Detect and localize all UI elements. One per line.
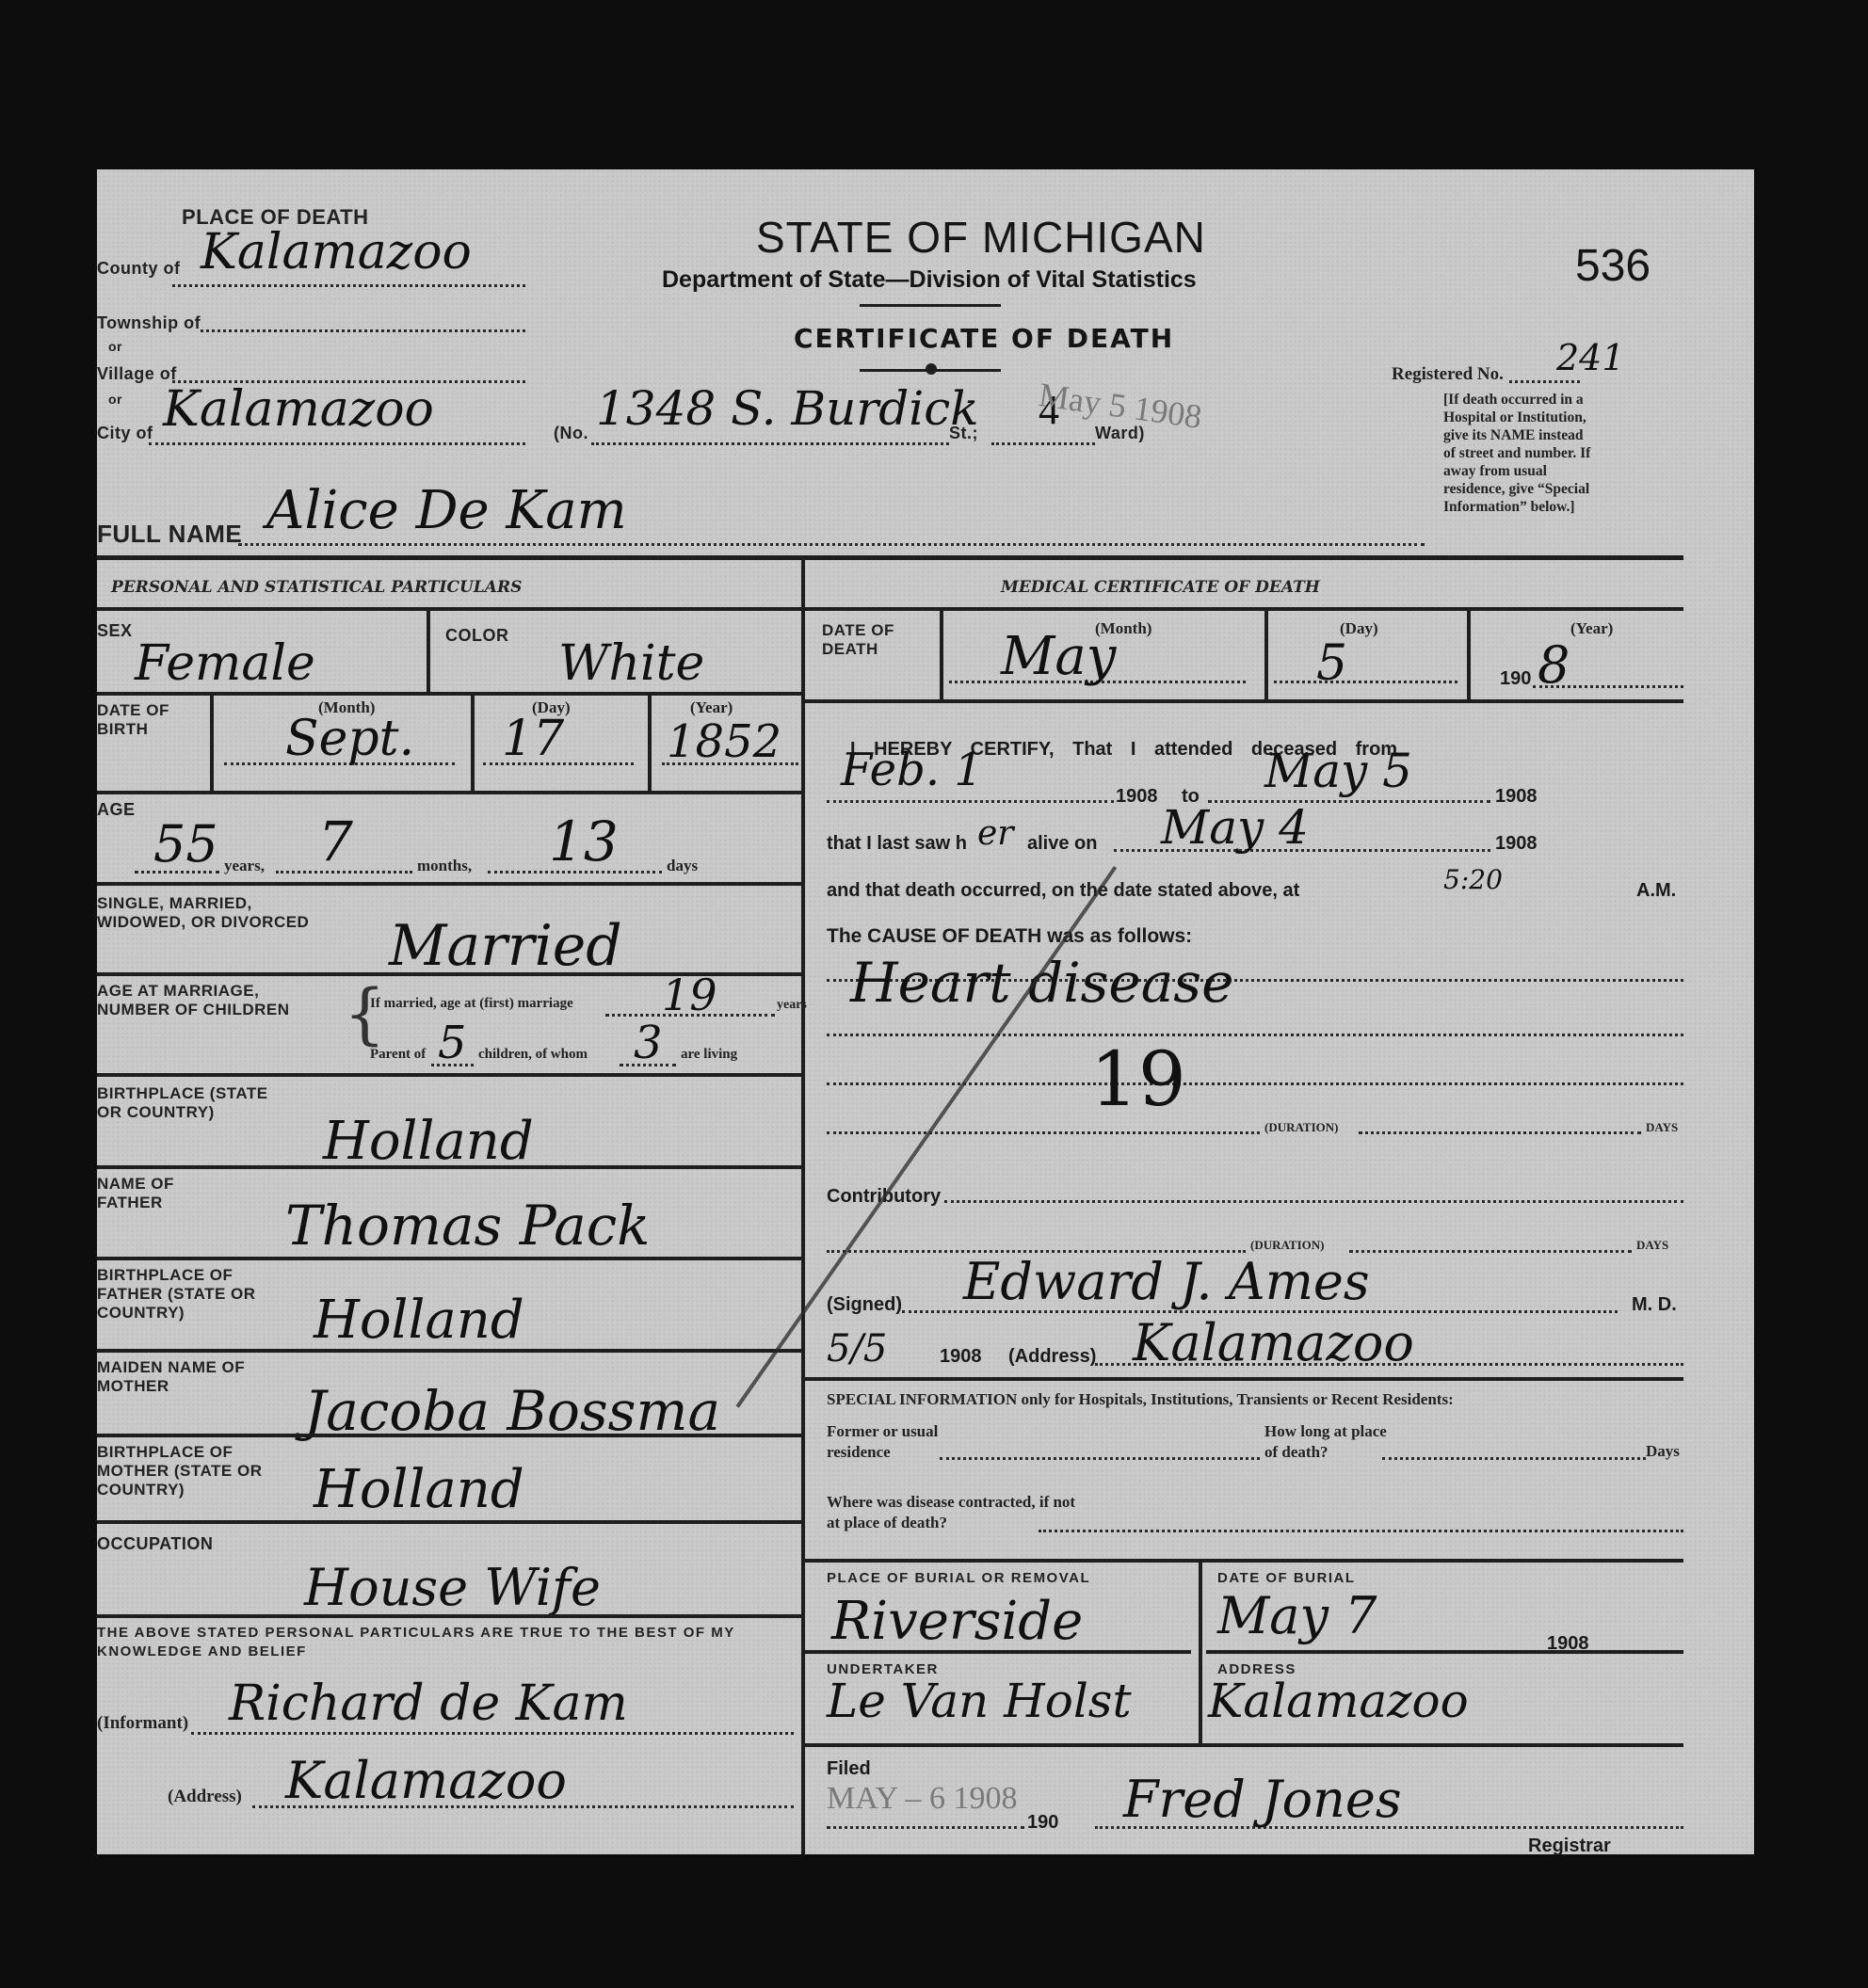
undertaker-address-value: Kalamazoo (1208, 1674, 1469, 1728)
how-long-days-label: Days (1646, 1442, 1680, 1461)
informant-value: Richard de Kam (229, 1675, 628, 1732)
dod-day-line (1274, 681, 1457, 683)
age-years: 55 (153, 814, 218, 874)
duration-label-1: (DURATION) (1264, 1120, 1338, 1135)
rule (97, 791, 801, 794)
father-name-label: NAME OF FATHER (97, 1175, 219, 1212)
registrar-signature: Fred Jones (1123, 1770, 1402, 1829)
page-number: 536 (1575, 240, 1651, 292)
informant-address-value: Kalamazoo (285, 1751, 567, 1810)
duration-line-1 (827, 1131, 1260, 1134)
cause-line-2 (827, 1034, 1683, 1036)
personal-section-title: PERSONAL AND STATISTICAL PARTICULARS (111, 578, 522, 597)
dod-year-prefix: 190 (1500, 668, 1531, 690)
rule (805, 699, 1683, 703)
rule (97, 1349, 801, 1353)
death-certificate: PLACE OF DEATH County of Kalamazoo Towns… (97, 169, 1754, 1854)
informant-label: (Informant) (97, 1713, 188, 1734)
ward-line (991, 442, 1095, 445)
last-saw-pronoun: er (977, 814, 1014, 853)
rule (805, 1743, 1683, 1747)
occupation-label: OCCUPATION (97, 1534, 213, 1554)
medical-section-title: MEDICAL CERTIFICATE OF DEATH (1001, 578, 1320, 597)
informant-address-label: (Address) (168, 1787, 242, 1807)
former-residence-line (940, 1457, 1260, 1460)
mother-maiden-label: MAIDEN NAME OF MOTHER (97, 1358, 257, 1396)
registered-no-value: 241 (1556, 337, 1625, 378)
last-saw-date: May 4 (1161, 800, 1309, 855)
registered-no-line (1509, 380, 1580, 383)
father-name-value: Thomas Pack (285, 1194, 650, 1258)
burial-date-label: DATE OF BURIAL (1217, 1570, 1356, 1586)
or-label-1: or (108, 339, 122, 354)
rule (97, 882, 801, 886)
rule (805, 607, 1683, 611)
street-line (591, 442, 949, 445)
county-line (172, 284, 525, 287)
attended-to-value: May 5 (1264, 744, 1412, 798)
dod-year-digit: 8 (1538, 635, 1570, 695)
center-divider (801, 555, 805, 1854)
dob-year-label: (Year) (690, 698, 733, 717)
first-marriage-unit: years (777, 998, 807, 1013)
or-label-2: or (108, 392, 122, 407)
city-value: Kalamazoo (163, 381, 434, 438)
days-label: days (667, 857, 698, 875)
first-marriage-text: If married, age at (first) marriage (370, 996, 573, 1012)
rule (97, 1073, 801, 1077)
father-birthplace-label: BIRTHPLACE OF FATHER (State or country) (97, 1266, 285, 1323)
how-long-line (1382, 1457, 1646, 1460)
divider (471, 692, 475, 791)
rule (805, 1377, 1683, 1381)
md-label: M. D. (1632, 1294, 1677, 1316)
attended-from-value: Feb. 1 (841, 744, 983, 796)
rule (97, 1614, 801, 1618)
dod-year-label: (Year) (1570, 619, 1613, 638)
rule (805, 1650, 1191, 1654)
filed-line (827, 1826, 1024, 1829)
color-label: COLOR (445, 626, 509, 646)
rule (97, 1434, 801, 1437)
attended-from-year: 1908 (1116, 786, 1158, 808)
state-title: STATE OF MICHIGAN (756, 212, 1206, 263)
dod-month-value: May (1001, 626, 1116, 687)
dod-label: DATE OF DEATH (822, 621, 907, 659)
divider (210, 692, 214, 791)
divider (648, 692, 652, 791)
marital-value: Married (389, 913, 622, 979)
rule (97, 692, 801, 696)
rule (97, 1520, 801, 1524)
dob-month-value: Sept. (285, 711, 414, 767)
burial-place-label: PLACE OF BURIAL OR REMOVAL (827, 1570, 1090, 1586)
divider (427, 607, 430, 692)
township-label: Township of (97, 313, 201, 333)
marital-label: SINGLE, MARRIED, WIDOWED, OR DIVORCED (97, 894, 314, 932)
county-value: Kalamazoo (201, 224, 472, 281)
duration-line-2b (1349, 1250, 1632, 1253)
duration-label-2: (DURATION) (1250, 1238, 1324, 1253)
dob-day-value: 17 (502, 711, 564, 767)
header-rule (97, 555, 1683, 560)
filed-year-prefix: 190 (1027, 1812, 1058, 1834)
special-info-title: SPECIAL INFORMATION only for Hospitals, … (827, 1390, 1454, 1409)
children-of-whom: children, of whom (478, 1047, 588, 1063)
duration-days-label-2: DAYS (1636, 1238, 1668, 1253)
mother-birthplace-value: Holland (314, 1459, 524, 1520)
dob-label: DATE OF BIRTH (97, 701, 201, 739)
certificate-title: CERTIFICATE OF DEATH (794, 323, 1174, 354)
divider (940, 607, 943, 699)
sex-label: SEX (97, 621, 133, 641)
age-label: AGE (97, 800, 136, 820)
birthplace-value: Holland (323, 1111, 534, 1172)
where-contracted-line (1039, 1530, 1683, 1532)
duration-days-label-1: DAYS (1646, 1120, 1678, 1135)
months-label: months, (417, 857, 472, 875)
occurred-text: and that death occurred, on the date sta… (827, 880, 1299, 902)
street-no-label: (No. (554, 424, 588, 443)
signed-label: (Signed) (827, 1294, 902, 1316)
signed-year: 1908 (940, 1346, 982, 1368)
years-label: years, (224, 857, 265, 875)
full-name-line (238, 543, 1425, 546)
contributory-line (944, 1200, 1683, 1203)
rule (1206, 1650, 1683, 1654)
color-value: White (558, 635, 704, 692)
brace: { (344, 981, 386, 1047)
how-long-label: How long at place of death? (1264, 1421, 1396, 1463)
father-birthplace-value: Holland (314, 1290, 524, 1351)
attended-from-line (827, 800, 1114, 803)
divider (1467, 607, 1471, 699)
signed-value: Edward J. Ames (963, 1252, 1370, 1311)
former-residence-label: Former or usual residence (827, 1421, 940, 1463)
rule (97, 607, 801, 611)
ampm-label: A.M. (1636, 880, 1676, 902)
last-saw-year: 1908 (1495, 833, 1538, 855)
time-value: 5:20 (1443, 864, 1503, 895)
full-name-value: Alice De Kam (266, 480, 627, 541)
where-contracted-label: Where was disease contracted, if not at … (827, 1492, 1081, 1533)
hospital-note: [If death occurred in a Hospital or Inst… (1443, 391, 1599, 516)
children-count: 5 (438, 1017, 467, 1069)
cause-line-3 (827, 1082, 1683, 1085)
last-saw-text: that I last saw h (827, 833, 967, 855)
sex-value: Female (135, 635, 315, 692)
duration-line-1b (1359, 1131, 1641, 1134)
divider (1199, 1559, 1202, 1747)
title-rule-top (860, 304, 1001, 307)
attestation-text: THE ABOVE STATED PERSONAL PARTICULARS AR… (97, 1624, 794, 1661)
title-ornament (926, 363, 937, 375)
first-marriage-age: 19 (662, 970, 717, 1020)
burial-date-value: May 7 (1217, 1586, 1377, 1645)
county-label: County of (97, 259, 180, 279)
dob-year-value: 1852 (667, 715, 781, 768)
signed-address-value: Kalamazoo (1133, 1313, 1414, 1372)
age-days: 13 (549, 810, 619, 874)
st-label: St.; (949, 424, 978, 443)
department-title: Department of State—Division of Vital St… (662, 266, 1197, 294)
attended-to-year: 1908 (1495, 786, 1538, 808)
street-value: 1348 S. Burdick (596, 381, 979, 436)
registered-no-label: Registered No. (1392, 364, 1504, 385)
cause-value: Heart disease (850, 951, 1233, 1015)
parent-of-text: Parent of (370, 1047, 426, 1063)
marriage-label: AGE AT MARRIAGE, NUMBER OF CHILDREN (97, 982, 304, 1019)
rule (805, 1559, 1683, 1563)
rule (97, 1165, 801, 1169)
birthplace-label: BIRTHPLACE (State or country) (97, 1084, 285, 1122)
signed-date: 5/5 (827, 1327, 887, 1371)
informant-line (191, 1732, 794, 1735)
mother-birthplace-label: BIRTHPLACE OF MOTHER (State or country) (97, 1443, 285, 1499)
rule (97, 1257, 801, 1260)
duration-value: 19 (1090, 1035, 1186, 1123)
filed-label: Filed (827, 1758, 871, 1780)
township-line (201, 329, 525, 332)
are-living: are living (681, 1047, 737, 1063)
children-living: 3 (634, 1017, 663, 1069)
filed-stamp: MAY – 6 1908 (827, 1781, 1017, 1817)
registrar-label: Registrar (1528, 1836, 1611, 1857)
undertaker-value: Le Van Holst (827, 1674, 1132, 1728)
age-months: 7 (318, 810, 353, 874)
alive-on-text: alive on (1027, 833, 1097, 855)
city-line (149, 442, 525, 445)
divider (1264, 607, 1268, 699)
full-name-label: FULL NAME (97, 520, 242, 549)
signed-address-label: (Address) (1008, 1346, 1096, 1368)
cause-label: The CAUSE OF DEATH was as follows: (827, 925, 1192, 948)
dod-day-value: 5 (1316, 635, 1347, 692)
city-label: City of (97, 424, 153, 443)
occupation-value: House Wife (304, 1558, 601, 1617)
burial-place-value: Riverside (831, 1591, 1083, 1652)
